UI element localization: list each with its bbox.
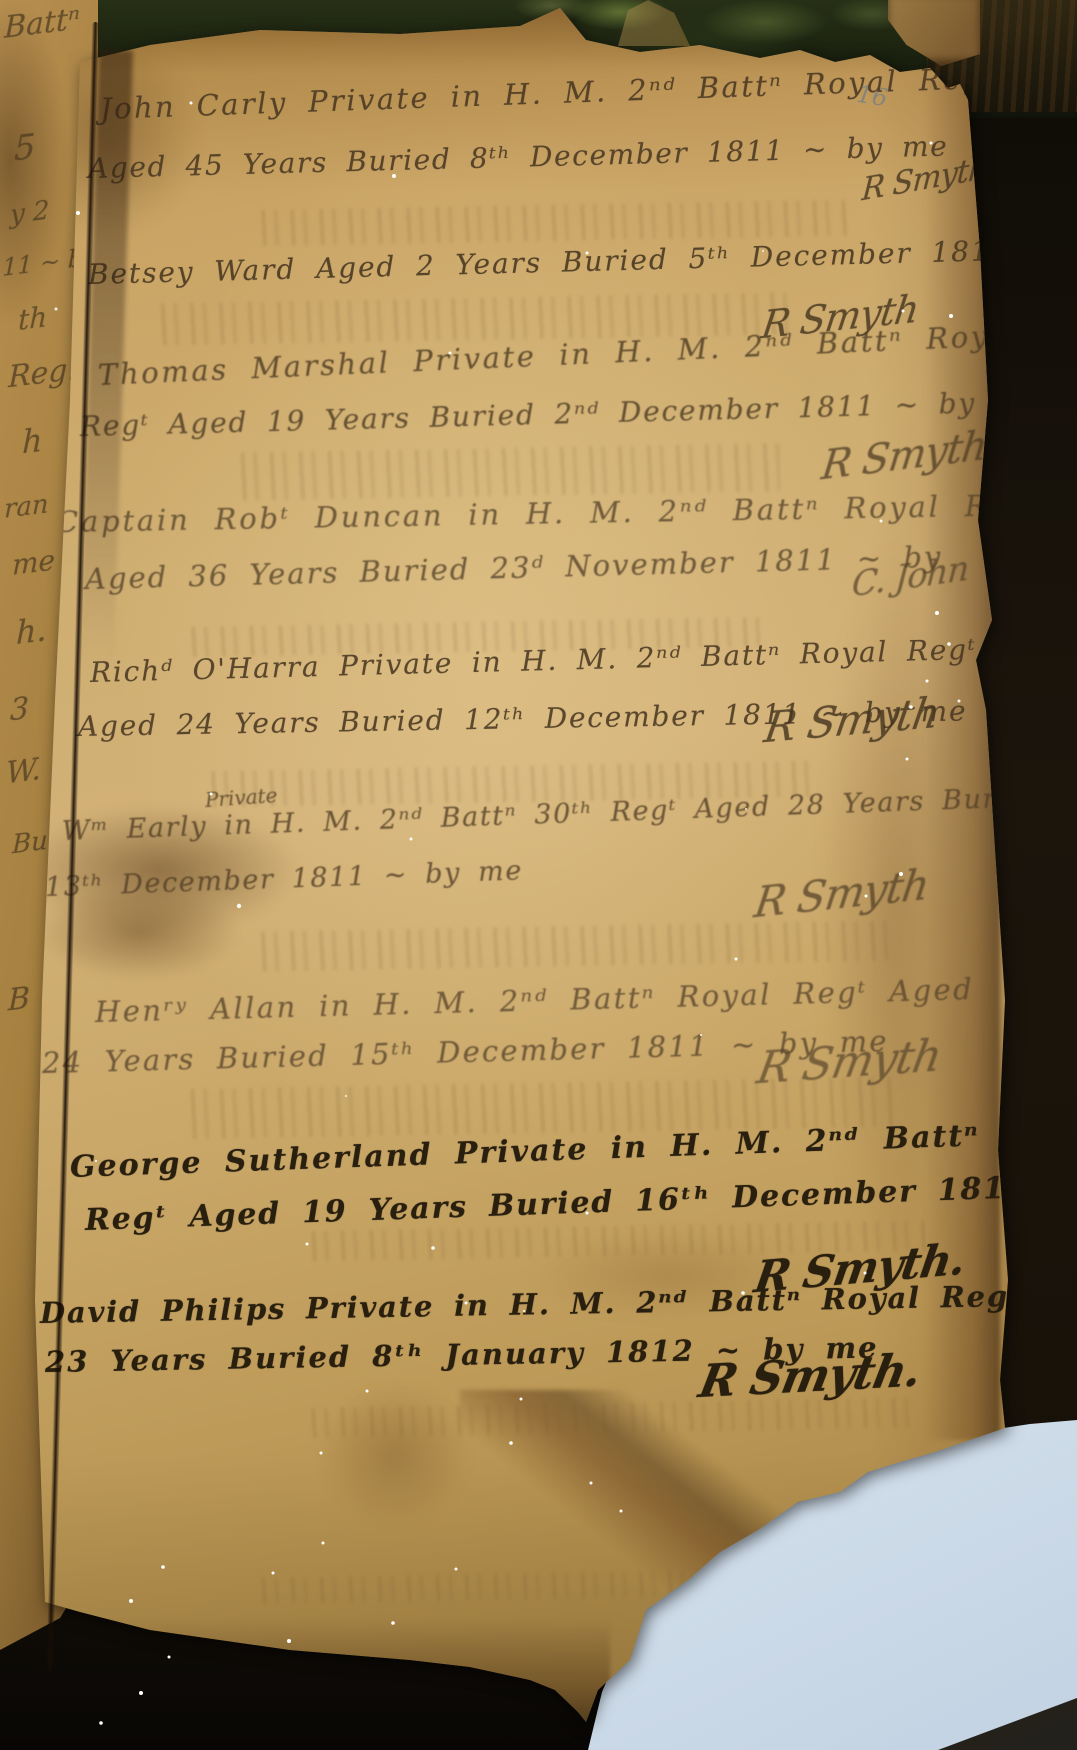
bleed-through <box>250 1568 830 1604</box>
entry-line: Thomas Marshal Private in H. M. 2ⁿᵈ Batt… <box>97 318 1022 392</box>
bleed-through <box>230 443 781 501</box>
foxing-stain <box>320 1385 470 1525</box>
torn-edge-burn <box>460 1390 980 1750</box>
entry-line: Betsey Ward Aged 2 Years Buried 5ᵗʰ Dece… <box>88 231 1077 291</box>
officiant-signature: R Smyth <box>819 422 989 489</box>
page-shadow-wrap: 16 John Carly Private in H. M. 2ⁿᵈ Battⁿ… <box>0 0 1077 1750</box>
entry-line: Captain Robᵗ Duncan in H. M. 2ⁿᵈ Battⁿ R… <box>56 489 990 539</box>
bleed-through <box>250 200 851 246</box>
photographed-register-page: Battⁿ 5 y 2 11 ~ by th Reg. h ran me h. … <box>0 0 1077 1750</box>
entry-line: David Philips Private in H. M. 2ⁿᵈ Battⁿ… <box>40 1277 1077 1330</box>
bottom-edge-burn <box>30 1560 610 1730</box>
entry-insert-word: Private <box>204 783 278 812</box>
register-page-paper: 16 John Carly Private in H. M. 2ⁿᵈ Battⁿ… <box>30 0 1077 1750</box>
officiant-signature: R Smyth. <box>695 1343 926 1408</box>
entry-line: John Carly Private in H. M. 2ⁿᵈ Battⁿ Ro… <box>99 61 984 126</box>
paper-speck-layer <box>0 0 2 2</box>
bleed-through <box>250 920 901 971</box>
entry-line: Henʳʸ Allan in H. M. 2ⁿᵈ Battⁿ Royal Reg… <box>95 972 975 1029</box>
entry-line: Aged 36 Years Buried 23ᵈ November 1811 ~… <box>85 540 943 596</box>
entry-line: 13ᵗʰ December 1811 ~ by me <box>44 855 523 903</box>
officiant-signature: R Smyth <box>751 859 931 927</box>
entry-line: Aged 45 Years Buried 8ᵗʰ December 1811 ~… <box>88 129 949 185</box>
bleed-through <box>300 1398 910 1439</box>
entry-line: Richᵈ O'Harra Private in H. M. 2ⁿᵈ Battⁿ… <box>90 633 977 689</box>
